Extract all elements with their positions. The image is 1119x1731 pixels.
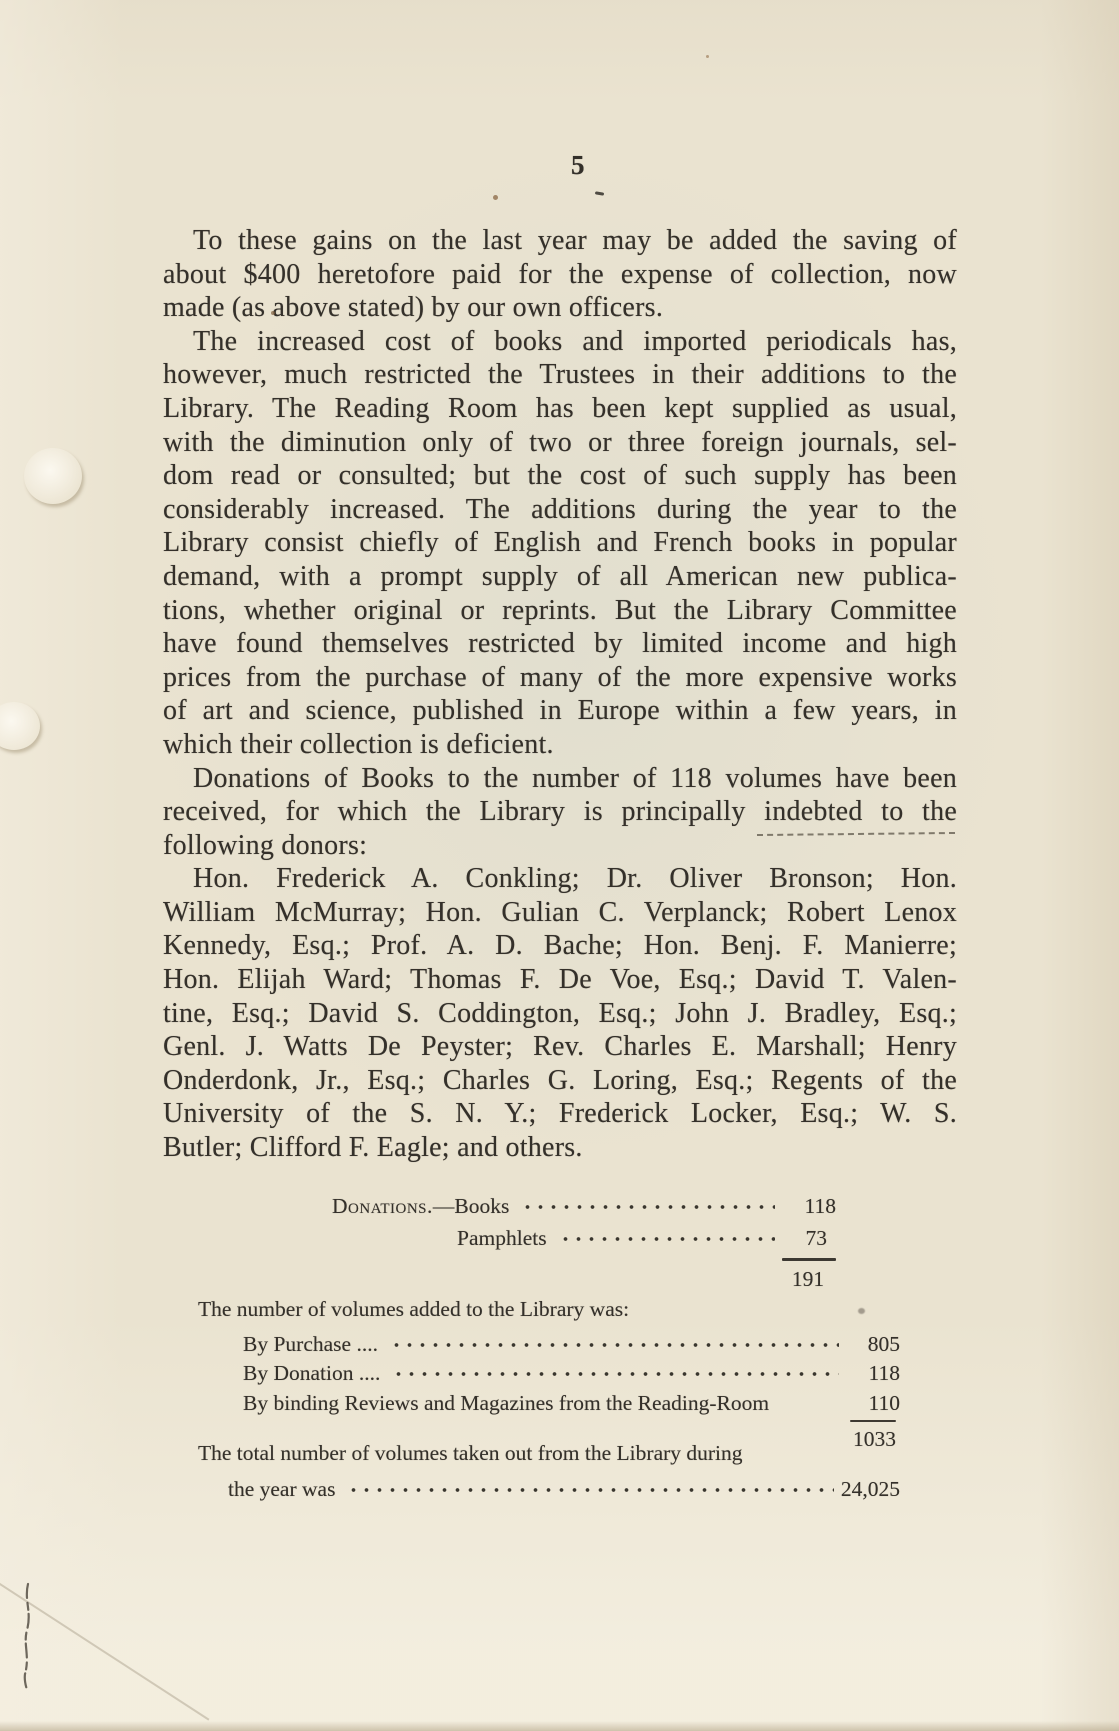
text-line: tine, Esq.; David S. Coddington, Esq.; J… [163, 997, 957, 1031]
text-line: Kennedy, Esq.; Prof. A. D. Bache; Hon. B… [163, 929, 957, 963]
text-line: To these gains on the last year may be a… [163, 224, 957, 258]
pamphlets-value: 73 [782, 1225, 836, 1252]
page-number: 5 [556, 150, 600, 181]
text-line: however, much restricted the Trustees in… [163, 358, 957, 392]
by-donation-value: 118 [846, 1360, 900, 1387]
paper-dent [0, 702, 40, 750]
dot-leader [386, 1339, 839, 1351]
paper-speck [493, 195, 498, 200]
text-line: Genl. J. Watts De Peyster; Rev. Charles … [163, 1030, 957, 1064]
circulation-text: The total number of volumes taken out fr… [198, 1440, 900, 1471]
circulation-value: 24,025 [841, 1476, 900, 1503]
table-row: Pamphlets 73 [332, 1220, 836, 1252]
donations-books-label: Donations.—Books [332, 1193, 509, 1220]
text-line: Onderdonk, Jr., Esq.; Charles G. Loring,… [163, 1064, 957, 1098]
text-line: about $400 heretofore paid for the expen… [163, 258, 957, 292]
text-line: The increased cost of books and imported… [163, 325, 957, 359]
text-line: William McMurray; Hon. Gulian C. Verplan… [163, 896, 957, 930]
donations-table: Donations.—Books 118 Pamphlets 73 191 [332, 1188, 836, 1292]
table-row: By Donation .... 118 [243, 1358, 900, 1388]
pamphlets-label: Pamphlets [332, 1225, 547, 1252]
ink-mark [595, 191, 604, 196]
paper-speck [858, 1308, 865, 1314]
paper-dent [24, 448, 82, 504]
volumes-added-heading: The number of volumes added to the Libra… [198, 1294, 900, 1328]
text-line: with the diminution only of two or three… [163, 426, 957, 460]
dot-leader [388, 1368, 839, 1380]
text-line: Hon. Frederick A. Conkling; Dr. Oliver B… [163, 862, 957, 896]
dot-leader [517, 1201, 775, 1213]
text-line: considerably increased. The additions du… [163, 493, 957, 527]
text-line: Library consist chiefly of English and F… [163, 526, 957, 560]
circulation-label: the year was [228, 1476, 335, 1503]
text-line: tions, whether original or reprints. But… [163, 594, 957, 628]
volumes-added-table: The number of volumes added to the Libra… [198, 1294, 900, 1452]
by-donation-label: By Donation .... [243, 1360, 380, 1387]
text-line: have found themselves restricted by limi… [163, 627, 957, 661]
spacer [777, 1398, 839, 1410]
by-binding-label: By binding Reviews and Magazines from th… [243, 1390, 769, 1417]
text-line: Hon. Elijah Ward; Thomas F. De Voe, Esq.… [163, 963, 957, 997]
table-row: By binding Reviews and Magazines from th… [243, 1387, 900, 1417]
text-line: made (as above stated) by our own office… [163, 291, 957, 325]
by-purchase-value: 805 [846, 1331, 900, 1358]
page-body-text: To these gains on the last year may be a… [163, 224, 957, 1165]
text-line: of art and science, published in Europe … [163, 694, 957, 728]
books-value: 118 [782, 1193, 836, 1220]
text-line: prices from the purchase of many of the … [163, 661, 957, 695]
paper-speck [271, 311, 275, 315]
text-line: received, for which the Library is princ… [163, 795, 957, 829]
text-line: which their collection is deficient. [163, 728, 957, 762]
scratch-mark [14, 1582, 44, 1697]
table-row: Donations.—Books 118 [332, 1188, 836, 1220]
text-line: dom read or consulted; but the cost of s… [163, 459, 957, 493]
text-line: Donations of Books to the number of 118 … [163, 762, 957, 796]
circulation-statement: The total number of volumes taken out fr… [198, 1440, 900, 1503]
text-line: University of the S. N. Y.; Frederick Lo… [163, 1097, 957, 1131]
text-line: Butler; Clifford F. Eagle; and others. [163, 1131, 957, 1165]
by-purchase-label: By Purchase .... [243, 1331, 378, 1358]
text-line: Library. The Reading Room has been kept … [163, 392, 957, 426]
by-binding-value: 110 [846, 1390, 900, 1417]
table-row: By Purchase .... 805 [243, 1328, 900, 1358]
text-line: demand, with a prompt supply of all Amer… [163, 560, 957, 594]
scanned-report-page: 5 To these gains on the last year may be… [0, 0, 1119, 1731]
donations-total: 191 [760, 1261, 856, 1292]
dot-leader [343, 1484, 833, 1496]
dot-leader [555, 1233, 775, 1245]
table-row: the year was 24,025 [198, 1471, 900, 1503]
paper-speck [706, 55, 709, 58]
